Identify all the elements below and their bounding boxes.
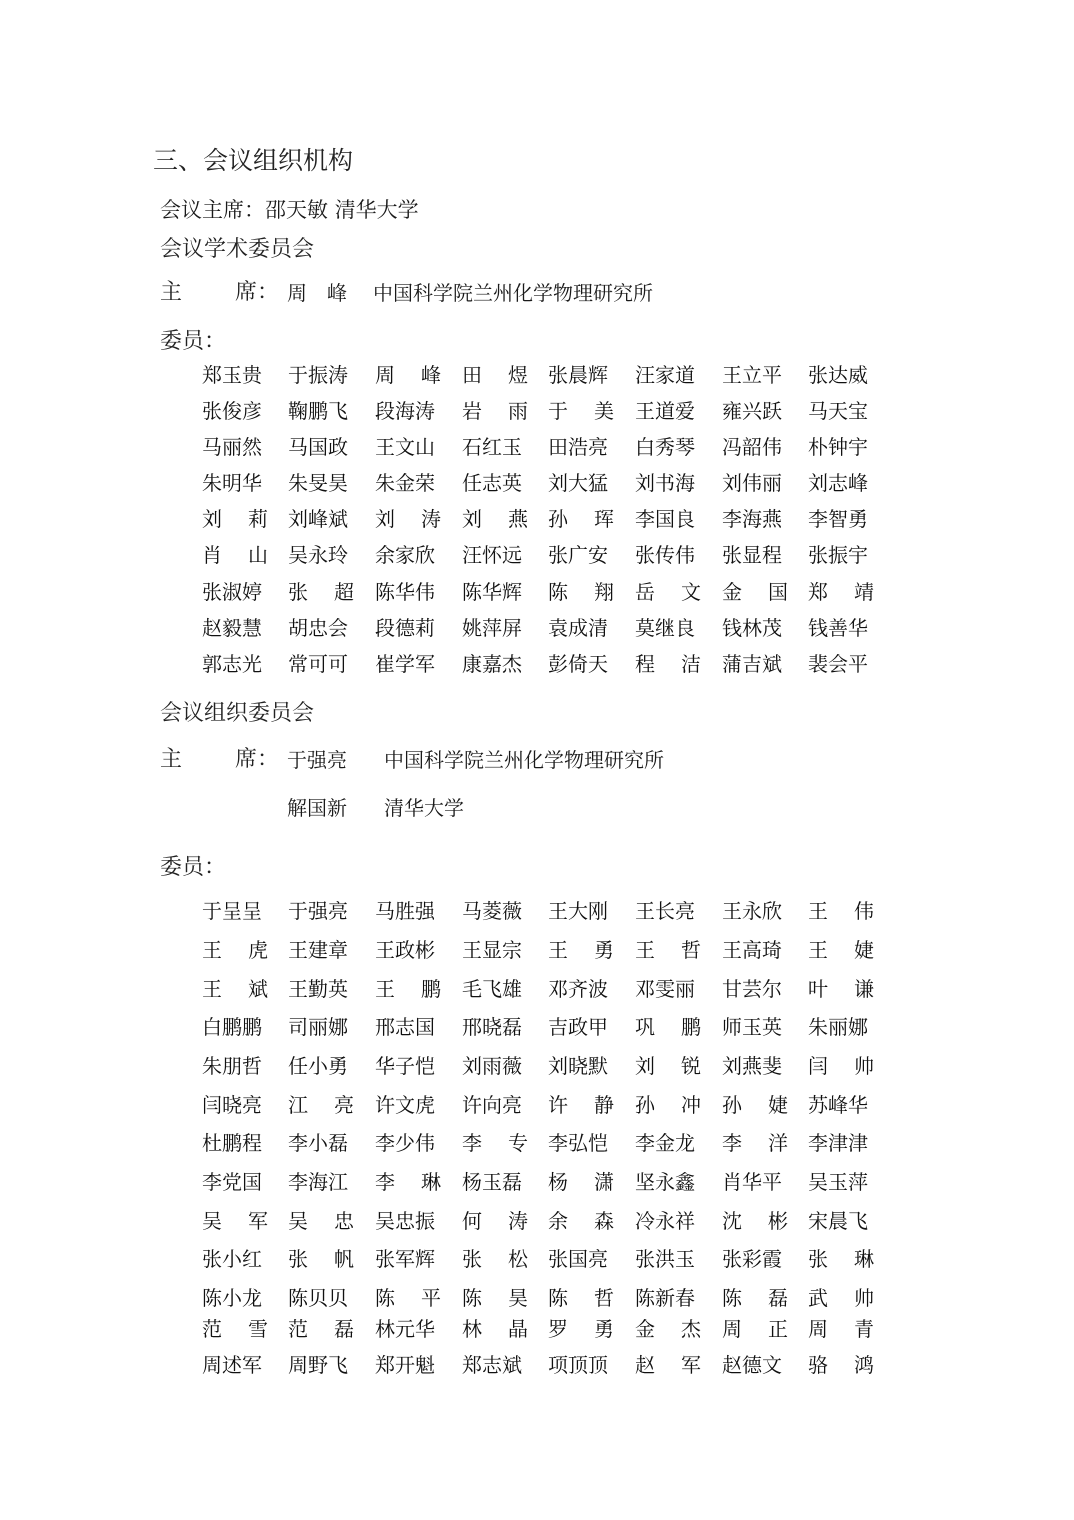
member-name: 巩鹏 [635, 1015, 701, 1039]
member-row: 郑玉贵于振涛周峰田煜张晨辉汪家道王立平张达威 [202, 363, 902, 387]
organizing-committee-title: 会议组织委员会 [160, 696, 314, 727]
member-name: 李专 [462, 1131, 528, 1155]
member-name: 汪怀远 [462, 543, 528, 567]
member-name: 钱善华 [808, 616, 874, 640]
member-name: 肖华平 [722, 1170, 788, 1194]
member-name: 刘涛 [375, 507, 441, 531]
member-name: 赵军 [635, 1353, 701, 1377]
conference-chair-label: 会议主席： [160, 198, 265, 222]
member-name: 蒲吉斌 [722, 652, 788, 676]
member-name: 郑靖 [808, 580, 874, 604]
member-name: 刘伟丽 [722, 471, 788, 495]
member-name: 马丽然 [202, 435, 268, 459]
member-name: 孙冲 [635, 1093, 701, 1117]
member-name: 许向亮 [462, 1093, 528, 1117]
member-name: 李国良 [635, 507, 701, 531]
member-name: 杜鹏程 [202, 1131, 268, 1155]
member-name: 李海江 [288, 1170, 354, 1194]
member-name: 钱林茂 [722, 616, 788, 640]
member-name: 李琳 [375, 1170, 441, 1194]
member-name: 李小磊 [288, 1131, 354, 1155]
member-name: 吴忠振 [375, 1209, 441, 1233]
conference-chair-name: 邵天敏 [265, 198, 328, 222]
member-name: 王文山 [375, 435, 441, 459]
member-name: 骆鸿 [808, 1353, 874, 1377]
organizing-chair-name-2: 解国新 [287, 792, 347, 821]
member-row: 闫晓亮江亮许文虎许向亮许静孙冲孙婕苏峰华 [202, 1093, 902, 1117]
member-name: 王显宗 [462, 938, 528, 962]
member-name: 段德莉 [375, 616, 441, 640]
member-name: 张传伟 [635, 543, 701, 567]
member-name: 李智勇 [808, 507, 874, 531]
member-row: 马丽然马国政王文山石红玉田浩亮白秀琴冯韶伟朴钟宇 [202, 435, 902, 459]
member-name: 张淑婷 [202, 580, 268, 604]
academic-chair-affiliation: 中国科学院兰州化学物理研究所 [373, 277, 653, 306]
conference-chair-line: 会议主席：邵天敏 清华大学 [160, 194, 419, 224]
member-name: 宋晨飞 [808, 1209, 874, 1233]
member-name: 郑玉贵 [202, 363, 268, 387]
academic-members-label: 委员： [160, 324, 226, 355]
member-name: 吴玉萍 [808, 1170, 874, 1194]
member-name: 郭志光 [202, 652, 268, 676]
member-name: 任小勇 [288, 1054, 354, 1078]
member-name: 崔学军 [375, 652, 441, 676]
member-name: 孙婕 [722, 1093, 788, 1117]
member-name: 王勤英 [288, 977, 354, 1001]
member-name: 王高琦 [722, 938, 788, 962]
member-row: 刘莉刘峰斌刘涛刘燕孙珲李国良李海燕李智勇 [202, 507, 902, 531]
member-name: 刘志峰 [808, 471, 874, 495]
member-row: 王斌王勤英王鹏毛飞雄邓齐波邓雯丽甘芸尔叶谦 [202, 977, 902, 1001]
member-name: 刘书海 [635, 471, 701, 495]
member-name: 岩雨 [462, 399, 528, 423]
member-name: 华子恺 [375, 1054, 441, 1078]
member-name: 王建章 [288, 938, 354, 962]
member-row: 朱朋哲任小勇华子恺刘雨薇刘晓默刘锐刘燕斐闫帅 [202, 1054, 902, 1078]
member-name: 武帅 [808, 1286, 874, 1310]
member-row: 于呈呈于强亮马胜强马菱薇王大刚王长亮王永欣王伟 [202, 899, 902, 923]
member-name: 赵德文 [722, 1353, 788, 1377]
member-row: 赵毅慧胡忠会段德莉姚萍屏袁成清莫继良钱林茂钱善华 [202, 616, 902, 640]
member-name: 刘锐 [635, 1054, 701, 1078]
member-row: 杜鹏程李小磊李少伟李专李弘恺李金龙李洋李津津 [202, 1131, 902, 1155]
organizing-chair-affiliation-1: 中国科学院兰州化学物理研究所 [384, 744, 664, 773]
member-name: 李海燕 [722, 507, 788, 531]
member-name: 陈磊 [722, 1286, 788, 1310]
member-name: 李洋 [722, 1131, 788, 1155]
member-name: 闫晓亮 [202, 1093, 268, 1117]
member-row: 吴军吴忠吴忠振何涛余森冷永祥沈彬宋晨飞 [202, 1209, 902, 1233]
conference-chair-affiliation: 清华大学 [335, 198, 419, 222]
member-name: 常可可 [288, 652, 354, 676]
member-name: 陈新春 [635, 1286, 701, 1310]
member-name: 余森 [548, 1209, 614, 1233]
member-name: 王大刚 [548, 899, 614, 923]
member-name: 李津津 [808, 1131, 874, 1155]
member-name: 邓齐波 [548, 977, 614, 1001]
member-name: 杨玉磊 [462, 1170, 528, 1194]
member-name: 鞠鹏飞 [288, 399, 354, 423]
member-name: 陈贝贝 [288, 1286, 354, 1310]
member-name: 周峰 [375, 363, 441, 387]
member-name: 朱明华 [202, 471, 268, 495]
member-name: 林元华 [375, 1317, 441, 1341]
member-name: 余家欣 [375, 543, 441, 567]
member-name: 吴军 [202, 1209, 268, 1233]
member-name: 袁成清 [548, 616, 614, 640]
member-name: 王永欣 [722, 899, 788, 923]
member-row: 范雪范磊林元华林晶罗勇金杰周正周青 [202, 1317, 902, 1341]
member-name: 王立平 [722, 363, 788, 387]
member-row: 陈小龙陈贝贝陈平陈昊陈哲陈新春陈磊武帅 [202, 1286, 902, 1310]
member-name: 张松 [462, 1247, 528, 1271]
member-name: 张晨辉 [548, 363, 614, 387]
member-name: 张国亮 [548, 1247, 614, 1271]
member-name: 林晶 [462, 1317, 528, 1341]
member-name: 田煜 [462, 363, 528, 387]
member-name: 王道爱 [635, 399, 701, 423]
member-name: 张俊彦 [202, 399, 268, 423]
member-name: 张振宇 [808, 543, 874, 567]
member-name: 马国政 [288, 435, 354, 459]
member-name: 范雪 [202, 1317, 268, 1341]
organizing-chair-name-1: 于强亮 [287, 744, 347, 773]
member-name: 马菱薇 [462, 899, 528, 923]
member-name: 胡忠会 [288, 616, 354, 640]
member-name: 刘晓默 [548, 1054, 614, 1078]
member-name: 陈华辉 [462, 580, 528, 604]
member-name: 张广安 [548, 543, 614, 567]
member-name: 马胜强 [375, 899, 441, 923]
academic-committee-title: 会议学术委员会 [160, 232, 314, 263]
member-name: 杨潇 [548, 1170, 614, 1194]
member-name: 邢晓磊 [462, 1015, 528, 1039]
member-name: 孙珲 [548, 507, 614, 531]
member-name: 张达威 [808, 363, 874, 387]
member-row: 张小红张帆张军辉张松张国亮张洪玉张彩霞张琳 [202, 1247, 902, 1271]
member-name: 沈彬 [722, 1209, 788, 1233]
member-row: 李党国李海江李琳杨玉磊杨潇坚永鑫肖华平吴玉萍 [202, 1170, 902, 1194]
member-name: 张洪玉 [635, 1247, 701, 1271]
academic-chair-label-2: 席： [235, 275, 279, 306]
member-name: 彭倚天 [548, 652, 614, 676]
member-name: 张小红 [202, 1247, 268, 1271]
member-name: 陈小龙 [202, 1286, 268, 1310]
member-name: 金杰 [635, 1317, 701, 1341]
member-name: 程洁 [635, 652, 701, 676]
member-name: 吴忠 [288, 1209, 354, 1233]
member-name: 赵毅慧 [202, 616, 268, 640]
member-name: 裴会平 [808, 652, 874, 676]
member-name: 许文虎 [375, 1093, 441, 1117]
member-name: 李弘恺 [548, 1131, 614, 1155]
member-name: 许静 [548, 1093, 614, 1117]
member-name: 姚萍屏 [462, 616, 528, 640]
member-name: 李少伟 [375, 1131, 441, 1155]
member-row: 王虎王建章王政彬王显宗王勇王哲王高琦王婕 [202, 938, 902, 962]
academic-chair-label-1: 主 [160, 275, 182, 306]
member-name: 王哲 [635, 938, 701, 962]
member-name: 郑开魁 [375, 1353, 441, 1377]
member-name: 汪家道 [635, 363, 701, 387]
member-name: 张帆 [288, 1247, 354, 1271]
member-row: 郭志光常可可崔学军康嘉杰彭倚天程洁蒲吉斌裴会平 [202, 652, 902, 676]
member-name: 王伟 [808, 899, 874, 923]
member-name: 江亮 [288, 1093, 354, 1117]
member-name: 何涛 [462, 1209, 528, 1233]
member-name: 张彩霞 [722, 1247, 788, 1271]
member-name: 苏峰华 [808, 1093, 874, 1117]
member-name: 陈华伟 [375, 580, 441, 604]
member-name: 王勇 [548, 938, 614, 962]
member-name: 司丽娜 [288, 1015, 354, 1039]
member-name: 项顶顶 [548, 1353, 614, 1377]
member-name: 朱丽娜 [808, 1015, 874, 1039]
member-name: 师玉英 [722, 1015, 788, 1039]
member-name: 白秀琴 [635, 435, 701, 459]
member-name: 周正 [722, 1317, 788, 1341]
member-name: 于振涛 [288, 363, 354, 387]
member-name: 王鹏 [375, 977, 441, 1001]
organizing-chair-affiliation-2: 清华大学 [384, 792, 464, 821]
member-name: 甘芸尔 [722, 977, 788, 1001]
member-name: 莫继良 [635, 616, 701, 640]
member-name: 周青 [808, 1317, 874, 1341]
member-row: 张淑婷张超陈华伟陈华辉陈翔岳文金国郑靖 [202, 580, 902, 604]
organizing-chair-label-1: 主 [160, 742, 182, 773]
member-name: 刘燕斐 [722, 1054, 788, 1078]
member-name: 范磊 [288, 1317, 354, 1341]
member-name: 张显程 [722, 543, 788, 567]
member-name: 陈昊 [462, 1286, 528, 1310]
member-name: 田浩亮 [548, 435, 614, 459]
member-name: 朱朋哲 [202, 1054, 268, 1078]
member-name: 王婕 [808, 938, 874, 962]
section-title: 三、会议组织机构 [153, 141, 353, 177]
member-name: 金国 [722, 580, 788, 604]
member-name: 马天宝 [808, 399, 874, 423]
member-name: 刘峰斌 [288, 507, 354, 531]
member-name: 吴永玲 [288, 543, 354, 567]
member-name: 雍兴跃 [722, 399, 788, 423]
academic-chair-name: 周 峰 [287, 277, 347, 306]
member-name: 刘燕 [462, 507, 528, 531]
member-name: 邓雯丽 [635, 977, 701, 1001]
member-name: 朱金荣 [375, 471, 441, 495]
member-name: 张琳 [808, 1247, 874, 1271]
member-name: 张超 [288, 580, 354, 604]
member-name: 王政彬 [375, 938, 441, 962]
member-name: 康嘉杰 [462, 652, 528, 676]
member-name: 叶谦 [808, 977, 874, 1001]
member-name: 肖山 [202, 543, 268, 567]
member-name: 周述军 [202, 1353, 268, 1377]
member-name: 朱旻昊 [288, 471, 354, 495]
member-row: 肖山吴永玲余家欣汪怀远张广安张传伟张显程张振宇 [202, 543, 902, 567]
member-row: 周述军周野飞郑开魁郑志斌项顶顶赵军赵德文骆鸿 [202, 1353, 902, 1377]
member-name: 于呈呈 [202, 899, 268, 923]
member-name: 于强亮 [288, 899, 354, 923]
member-name: 石红玉 [462, 435, 528, 459]
member-name: 李金龙 [635, 1131, 701, 1155]
member-row: 张俊彦鞠鹏飞段海涛岩雨于美王道爱雍兴跃马天宝 [202, 399, 902, 423]
member-name: 朴钟宇 [808, 435, 874, 459]
member-row: 白鹏鹏司丽娜邢志国邢晓磊吉政甲巩鹏师玉英朱丽娜 [202, 1015, 902, 1039]
member-name: 张军辉 [375, 1247, 441, 1271]
member-name: 陈翔 [548, 580, 614, 604]
member-name: 郑志斌 [462, 1353, 528, 1377]
member-name: 邢志国 [375, 1015, 441, 1039]
member-name: 陈平 [375, 1286, 441, 1310]
member-name: 刘大猛 [548, 471, 614, 495]
member-name: 坚永鑫 [635, 1170, 701, 1194]
organizing-chair-label-2: 席： [235, 742, 279, 773]
member-name: 冯韶伟 [722, 435, 788, 459]
member-name: 王虎 [202, 938, 268, 962]
member-name: 吉政甲 [548, 1015, 614, 1039]
member-name: 岳文 [635, 580, 701, 604]
member-name: 闫帅 [808, 1054, 874, 1078]
member-name: 任志英 [462, 471, 528, 495]
member-name: 李党国 [202, 1170, 268, 1194]
member-name: 刘雨薇 [462, 1054, 528, 1078]
member-name: 王斌 [202, 977, 268, 1001]
member-name: 陈哲 [548, 1286, 614, 1310]
member-name: 毛飞雄 [462, 977, 528, 1001]
member-name: 于美 [548, 399, 614, 423]
member-name: 刘莉 [202, 507, 268, 531]
member-name: 白鹏鹏 [202, 1015, 268, 1039]
member-name: 周野飞 [288, 1353, 354, 1377]
member-name: 王长亮 [635, 899, 701, 923]
member-name: 冷永祥 [635, 1209, 701, 1233]
organizing-members-label: 委员： [160, 850, 226, 881]
member-name: 段海涛 [375, 399, 441, 423]
member-row: 朱明华朱旻昊朱金荣任志英刘大猛刘书海刘伟丽刘志峰 [202, 471, 902, 495]
member-name: 罗勇 [548, 1317, 614, 1341]
